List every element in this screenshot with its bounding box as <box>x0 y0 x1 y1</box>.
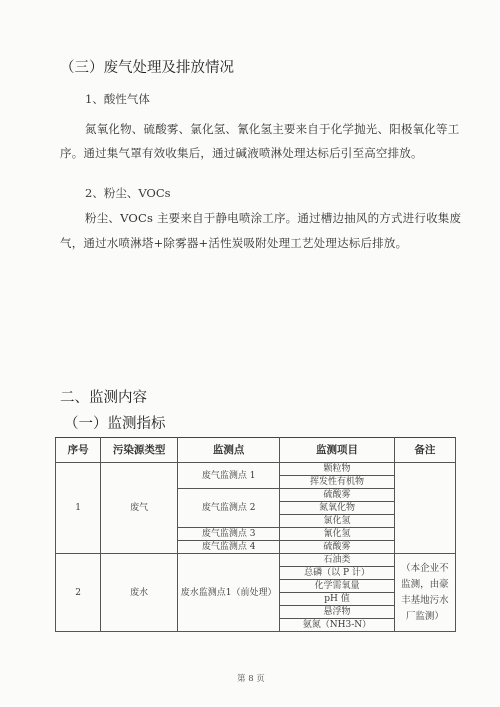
monitoring-table: 序号 污染源类型 监测点 监测项目 备注 1 废气 废气监测点 1 颗粒物 挥发… <box>55 437 456 632</box>
header-source-type: 污染源类型 <box>101 438 178 463</box>
paragraph-acid-gas-line1: 氮氧化物、硫酸雾、氯化氢、氰化氢主要来自于化学抛光、阳极氧化等工 <box>85 121 459 137</box>
cell-point: 废气监测点 4 <box>177 541 279 554</box>
subheading-acid-gas: 1、酸性气体 <box>85 91 150 107</box>
header-remark: 备注 <box>394 438 455 463</box>
cell-item: 悬浮物 <box>280 606 394 619</box>
section-title-waste-gas: （三）废气处理及排放情况 <box>60 56 234 77</box>
cell-item: 总磷（以 P 计） <box>280 567 394 580</box>
header-monitoring-point: 监测点 <box>177 438 279 463</box>
paragraph-acid-gas-line2: 序。通过集气罩有效收集后，通过碱液喷淋处理达标后引至高空排放。 <box>60 145 423 161</box>
cell-item: 氯化氢 <box>280 515 394 528</box>
cell-item: 石油类 <box>280 554 394 567</box>
cell-item: 硫酸雾 <box>280 541 394 554</box>
cell-point: 废气监测点 3 <box>177 528 279 541</box>
cell-item: 氮氧化物 <box>280 502 394 515</box>
cell-point: 废气监测点 2 <box>177 489 279 528</box>
subsection-title-indicators: （一）监测指标 <box>64 412 166 433</box>
section-title-monitoring: 二、监测内容 <box>60 386 147 407</box>
cell-source-type: 废水 <box>101 554 178 632</box>
cell-source-type: 废气 <box>101 463 178 554</box>
cell-no: 1 <box>56 463 101 554</box>
cell-remark: （本企业不监测，由豪丰基地污水厂监测） <box>394 554 455 632</box>
subheading-dust-vocs: 2、粉尘、VOCs <box>85 185 171 201</box>
page-number: 第 8 页 <box>237 672 265 684</box>
header-monitoring-item: 监测项目 <box>280 438 394 463</box>
cell-remark <box>394 463 455 554</box>
cell-point: 废气监测点 1 <box>177 463 279 489</box>
table-row: 1 废气 废气监测点 1 颗粒物 <box>56 463 456 476</box>
cell-item: 氨氮（NH3-N） <box>280 619 394 632</box>
cell-item: 化学需氧量 <box>280 580 394 593</box>
cell-no: 2 <box>56 554 101 632</box>
table-row: 2 废水 废水监测点1（前处理） 石油类 （本企业不监测，由豪丰基地污水厂监测） <box>56 554 456 567</box>
table-header-row: 序号 污染源类型 监测点 监测项目 备注 <box>56 438 456 463</box>
paragraph-dust-vocs-line1: 粉尘、VOCs 主要来自于静电喷涂工序。通过槽边抽风的方式进行收集废 <box>85 210 461 226</box>
paragraph-dust-vocs-line2: 气，通过水喷淋塔+除雾器+活性炭吸附处理工艺处理达标后排放。 <box>60 235 407 251</box>
cell-item: 氰化氢 <box>280 528 394 541</box>
cell-point: 废水监测点1（前处理） <box>177 554 279 632</box>
cell-item: pH 值 <box>280 593 394 606</box>
cell-item: 颗粒物 <box>280 463 394 476</box>
header-no: 序号 <box>56 438 101 463</box>
cell-item: 硫酸雾 <box>280 489 394 502</box>
cell-item: 挥发性有机物 <box>280 476 394 489</box>
